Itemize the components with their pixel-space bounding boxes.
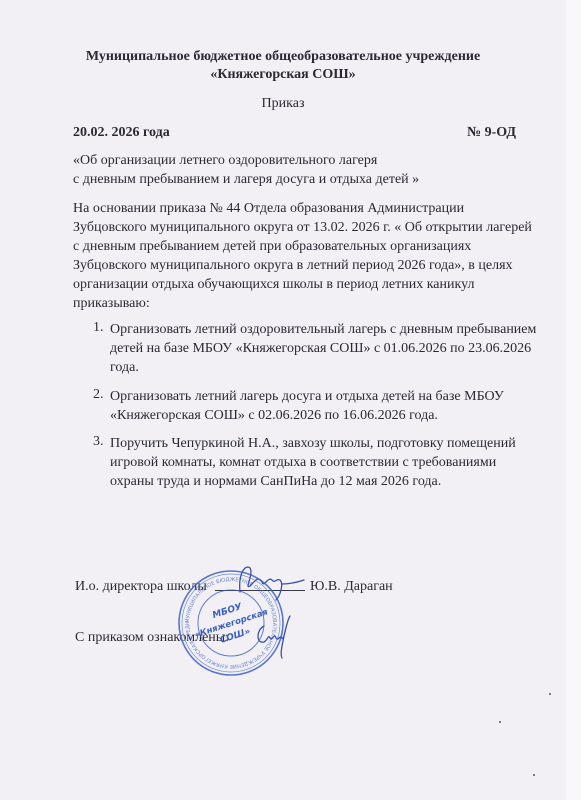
preamble-line: приказываю: (73, 294, 150, 313)
list-item-number: 1. (93, 320, 104, 336)
list-item-line: года. (110, 358, 139, 377)
list-item-line: охраны труда и нормами СанПиНа до 12 мая… (110, 472, 441, 491)
order-date: 20.02. 2026 года (73, 125, 170, 141)
preamble-line: Зубцовского муниципального округа от 13.… (73, 218, 532, 237)
preamble-line: организации отдыха обучающихся школы в п… (73, 275, 474, 294)
scan-speck (499, 721, 501, 723)
list-item-line: Поручить Чепуркиной Н.А., завхозу школы,… (110, 434, 516, 453)
list-item-number: 2. (93, 387, 104, 403)
school-name: «Княжегорская СОШ» (0, 67, 566, 83)
preamble-line: Зубцовского муниципального округа в летн… (73, 256, 513, 275)
institution-name: Муниципальное бюджетное общеобразователь… (0, 49, 566, 65)
page-edge (566, 0, 581, 800)
list-item-line: Организовать летний лагерь досуга и отды… (110, 387, 504, 406)
list-item-line: детей на базе МБОУ «Княжегорская СОШ» с … (110, 339, 531, 358)
subject-line-2: с дневным пребыванием и лагеря досуга и … (73, 170, 419, 189)
doc-type: Приказ (0, 96, 566, 112)
list-item-number: 3. (93, 434, 104, 450)
preamble-line: На основании приказа № 44 Отдела образов… (73, 199, 464, 218)
list-item-line: Организовать летний оздоровительный лаге… (110, 320, 536, 339)
scan-speck (549, 693, 551, 695)
subject-line-1: «Об организации летнего оздоровительного… (73, 151, 377, 170)
order-number: № 9-ОД (467, 125, 516, 141)
preamble-line: с дневным пребыванием детей при образова… (73, 237, 471, 256)
list-item-line: игровой комнаты, комнат отдыха в соответ… (110, 453, 496, 472)
official-stamp-icon: МУНИЦИПАЛЬНОЕ БЮДЖЕТНОЕ ОБЩЕОБРАЗОВАТЕЛЬ… (176, 568, 286, 678)
list-item-line: «Княжегорская СОШ» с 02.06.2026 по 16.06… (110, 406, 438, 425)
signer-name: Ю.В. Дараган (310, 577, 393, 596)
scan-speck (533, 774, 535, 776)
